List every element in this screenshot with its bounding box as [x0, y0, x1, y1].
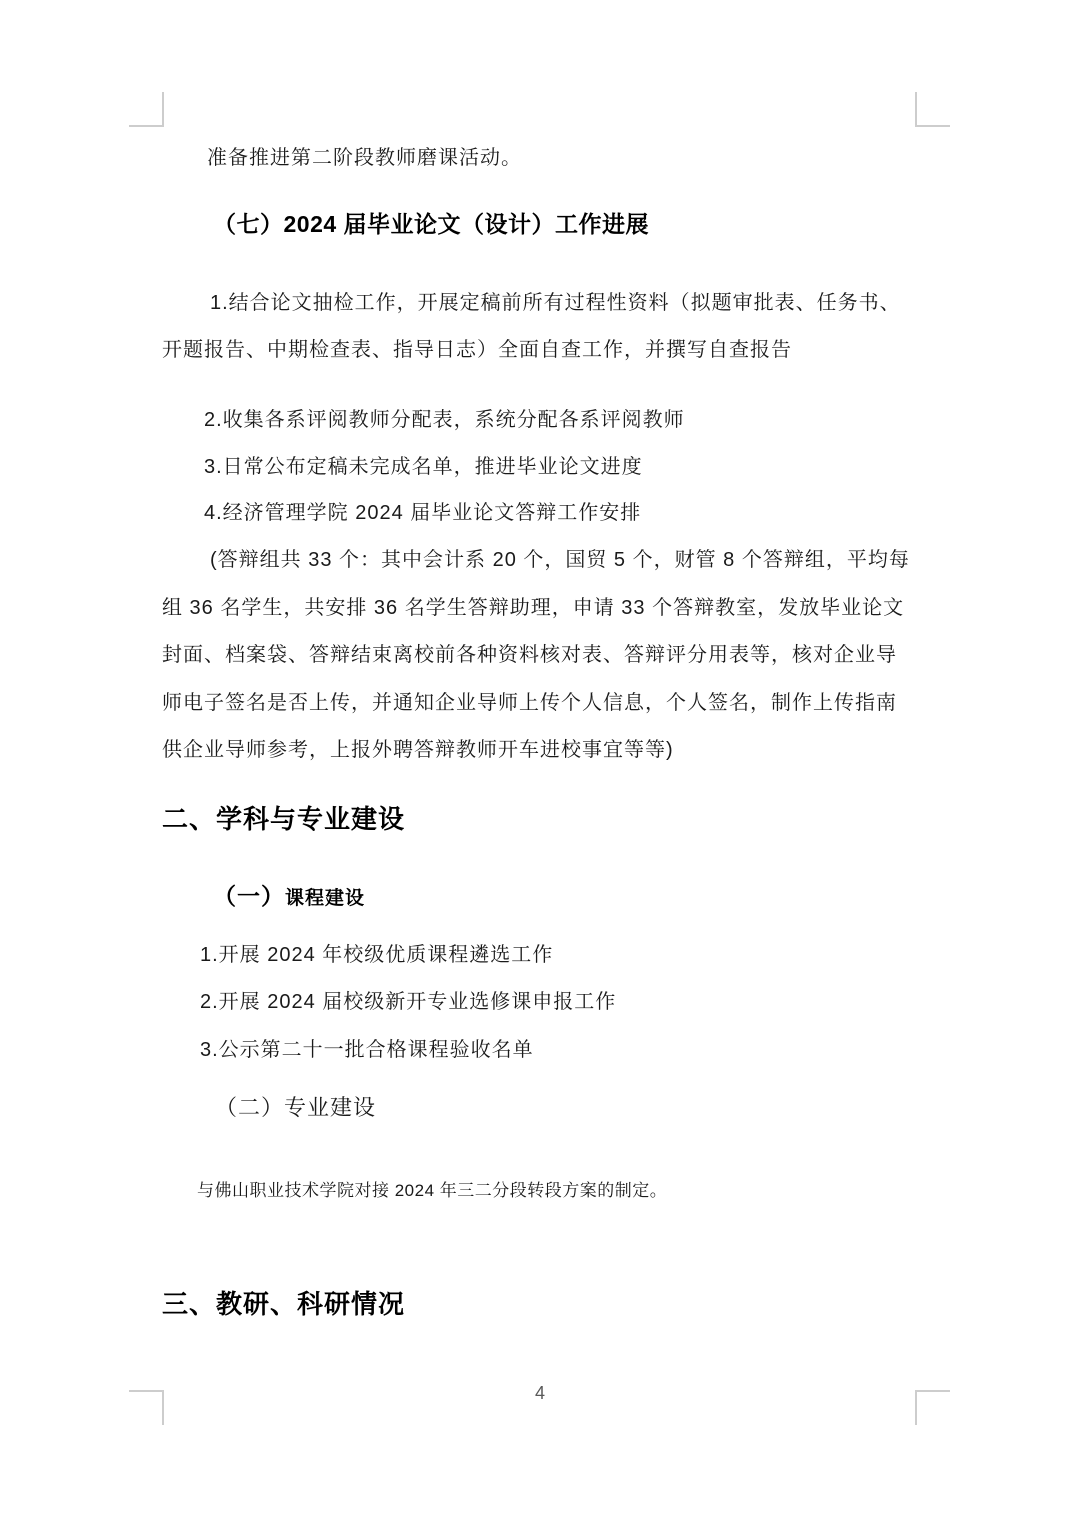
heading-section-2: 二、学科与专业建设: [162, 803, 405, 835]
note-paragraph-line-2: 组 36 名学生，共安排 36 名学生答辩助理，申请 33 个答辩教室，发放毕业…: [162, 596, 904, 620]
heading-section-2-1: （一）课程建设: [213, 884, 365, 911]
note-paragraph-line-4: 师电子签名是否上传，并通知企业导师上传个人信息，个人签名，制作上传指南: [162, 691, 897, 715]
heading-section-2-1-title: 课程建设: [285, 888, 365, 909]
heading-section-7: （七）2024 届毕业论文（设计）工作进展: [213, 209, 649, 239]
page-number: 4: [0, 1383, 1080, 1404]
heading-section-3: 三、教研、科研情况: [162, 1288, 405, 1320]
list-item-1-line-2: 开题报告、中期检查表、指导日志）全面自查工作，并撰写自查报告: [162, 338, 792, 362]
course-item-3: 3.公示第二十一批合格课程验收名单: [200, 1038, 534, 1062]
heading-section-2-2: （二）专业建设: [215, 1094, 376, 1122]
document-page: 准备推进第二阶段教师磨课活动。 （七）2024 届毕业论文（设计）工作进展 1.…: [0, 0, 1080, 1526]
corner-mark-top-right: [915, 92, 950, 127]
note-paragraph-line-1: (答辩组共 33 个：其中会计系 20 个，国贸 5 个，财管 8 个答辩组，平…: [210, 548, 910, 572]
list-item-3: 3.日常公布定稿未完成名单，推进毕业论文进度: [204, 455, 643, 479]
note-paragraph-line-5: 供企业导师参考，上报外聘答辩教师开车进校事宜等等): [162, 738, 674, 762]
course-item-2: 2.开展 2024 届校级新开专业选修课申报工作: [200, 990, 616, 1014]
list-item-4: 4.经济管理学院 2024 届毕业论文答辩工作安排: [204, 501, 641, 525]
paragraph-major-construction: 与佛山职业技术学院对接 2024 年三二分段转段方案的制定。: [197, 1180, 667, 1202]
paragraph-intro: 准备推进第二阶段教师磨课活动。: [207, 146, 522, 170]
note-paragraph-line-3: 封面、档案袋、答辩结束离校前各种资料核对表、答辩评分用表等，核对企业导: [162, 643, 897, 667]
list-item-2: 2.收集各系评阅教师分配表，系统分配各系评阅教师: [204, 408, 685, 432]
list-item-1-line-1: 1.结合论文抽检工作，开展定稿前所有过程性资料（拟题审批表、任务书、: [210, 291, 901, 315]
course-item-1: 1.开展 2024 年校级优质课程遴选工作: [200, 943, 553, 967]
corner-mark-top-left: [129, 92, 164, 127]
heading-section-2-1-number: （一）: [213, 883, 285, 909]
